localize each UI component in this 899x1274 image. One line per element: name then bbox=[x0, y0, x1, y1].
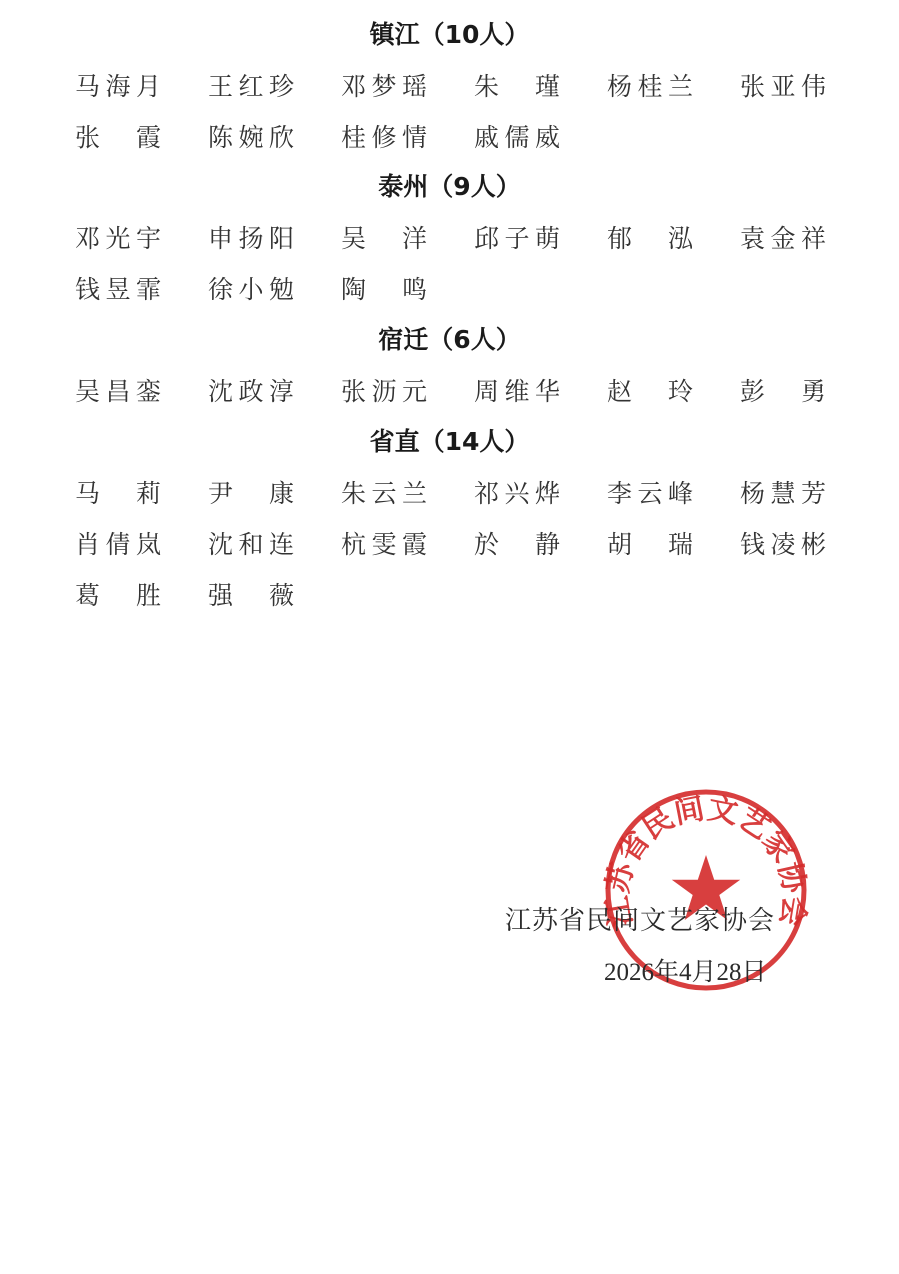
member-name: 杨慧芳 bbox=[740, 478, 826, 510]
member-name: 钱昱霏 bbox=[75, 274, 161, 306]
member-name: 徐小勉 bbox=[208, 274, 294, 306]
member-name: 肖倩岚 bbox=[75, 529, 161, 561]
section-heading: 省直（14人） bbox=[0, 427, 899, 457]
member-name: 郁泓 bbox=[607, 223, 693, 255]
member-name: 吴洋 bbox=[341, 223, 427, 255]
member-name: 祁兴烨 bbox=[474, 478, 560, 510]
member-name: 强薇 bbox=[208, 580, 294, 612]
member-name: 吴昌銮 bbox=[75, 376, 161, 408]
member-name: 朱瑾 bbox=[474, 71, 560, 103]
member-name: 张亚伟 bbox=[740, 71, 826, 103]
issue-date: 2026年4月28日 bbox=[604, 952, 767, 988]
member-name: 马莉 bbox=[75, 478, 161, 510]
member-name: 张沥元 bbox=[341, 376, 427, 408]
member-name: 周维华 bbox=[474, 376, 560, 408]
member-name: 赵玲 bbox=[607, 376, 693, 408]
member-name: 钱凌彬 bbox=[740, 529, 826, 561]
member-name: 马海月 bbox=[75, 71, 161, 103]
section-heading: 镇江（10人） bbox=[0, 20, 899, 50]
member-name: 桂修情 bbox=[341, 122, 427, 154]
member-name: 朱云兰 bbox=[341, 478, 427, 510]
member-name: 邓光宇 bbox=[75, 223, 161, 255]
member-name: 沈和连 bbox=[208, 529, 294, 561]
member-name: 陶鸣 bbox=[341, 274, 427, 306]
section-heading: 泰州（9人） bbox=[0, 172, 899, 202]
member-name: 王红珍 bbox=[208, 71, 294, 103]
member-name: 彭勇 bbox=[740, 376, 826, 408]
section-heading: 宿迁（6人） bbox=[0, 325, 899, 355]
member-name: 邱子萌 bbox=[474, 223, 560, 255]
member-name: 邓梦瑶 bbox=[341, 71, 427, 103]
member-name: 於静 bbox=[474, 529, 560, 561]
issuer-name: 江苏省民间文艺家协会 bbox=[505, 900, 775, 937]
member-name: 沈政淳 bbox=[208, 376, 294, 408]
member-name: 杭雯霞 bbox=[341, 529, 427, 561]
member-name: 尹康 bbox=[208, 478, 294, 510]
member-name: 葛胜 bbox=[75, 580, 161, 612]
member-name: 张霞 bbox=[75, 122, 161, 154]
member-name: 李云峰 bbox=[607, 478, 693, 510]
member-name: 申扬阳 bbox=[208, 223, 294, 255]
member-name: 戚儒威 bbox=[474, 122, 560, 154]
member-name: 杨桂兰 bbox=[607, 71, 693, 103]
member-name: 胡瑞 bbox=[607, 529, 693, 561]
member-name: 袁金祥 bbox=[740, 223, 826, 255]
member-name: 陈婉欣 bbox=[208, 122, 294, 154]
